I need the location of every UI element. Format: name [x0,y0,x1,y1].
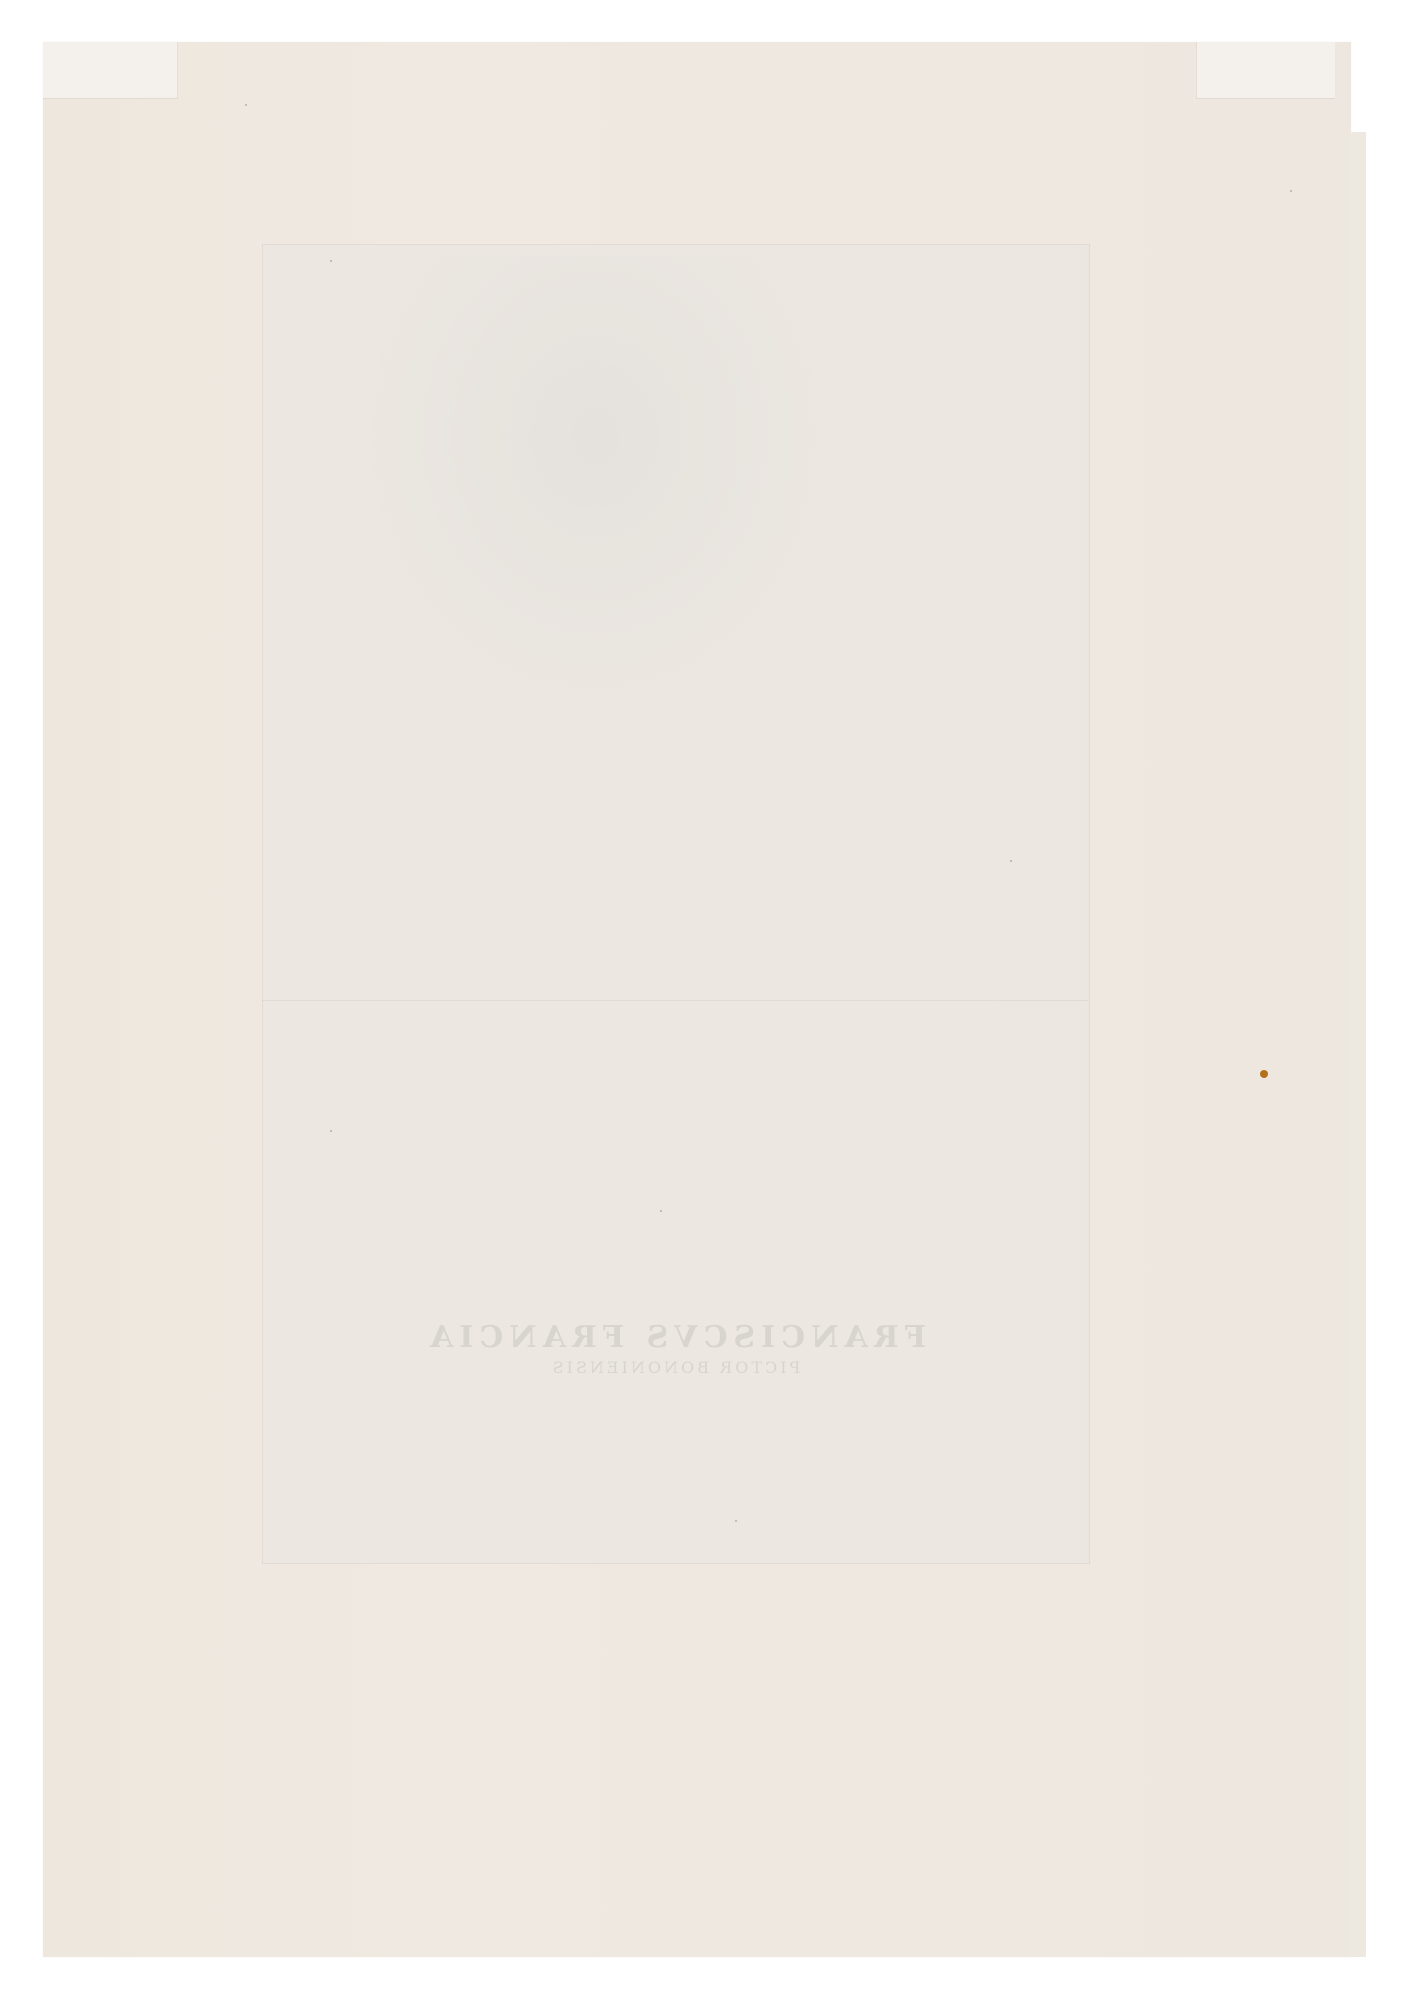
foxing-spot [1260,1070,1268,1078]
paper-speck [1010,860,1012,862]
paper-speck [660,1210,662,1212]
paper-speck [735,1520,737,1522]
paper-right-edge [1348,132,1366,1957]
show-through-subtitle: PICTOR BONONIENSIS [262,1358,1088,1377]
hinge-tape-left [43,42,178,99]
hinge-tape-right [1196,42,1335,99]
show-through-rule [262,1000,1088,1001]
paper-speck [1290,190,1292,192]
paper-speck [330,260,332,262]
show-through-portrait [360,256,830,706]
paper-speck [330,1130,332,1132]
show-through-title: FRANCISCVS FRANCIA [262,1320,1088,1355]
paper-speck [245,104,247,106]
